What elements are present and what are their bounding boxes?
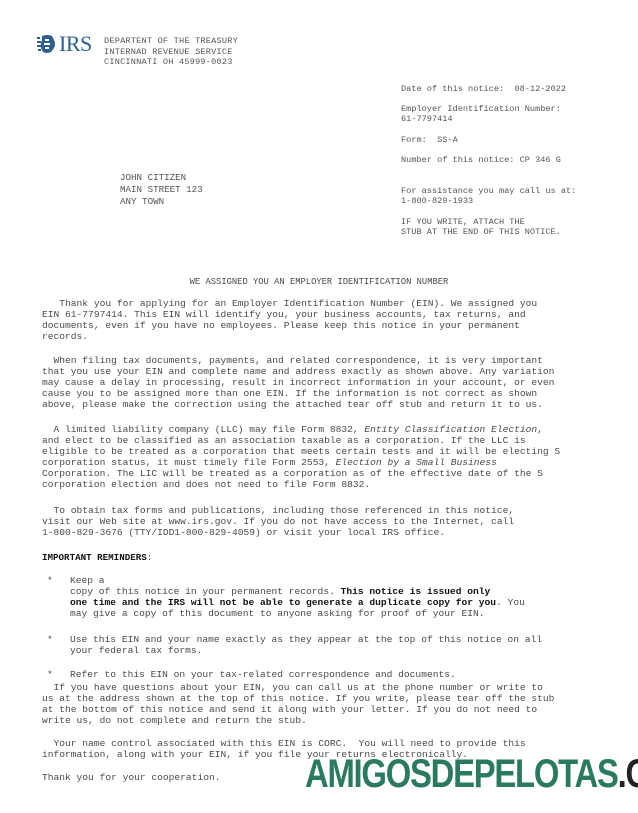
p3-line: and elect to be classified as an associa…	[42, 435, 602, 446]
p3-line: eligible to be treated as a corporation …	[42, 446, 602, 457]
agency-line-1: DEPARTENT OF THE TREASURY	[104, 36, 238, 47]
paragraph-questions: If you have questions about your EIN, yo…	[42, 682, 602, 726]
reminder1-line: Keep a	[70, 575, 525, 586]
notice-title: WE ASSIGNED YOU AN EMPLOYER IDENTIFICATI…	[0, 277, 638, 288]
p3-text: corporation status, it must timely file …	[42, 457, 336, 468]
agency-line-2: INTERNAD REVENUE SERVICE	[104, 47, 238, 58]
notice-date: Date of this notice: 08-12-2022	[401, 84, 566, 95]
p2-line: may cause a delay in processing, result …	[42, 377, 602, 388]
p4-line: To obtain tax forms and publications, in…	[42, 505, 602, 516]
important-reminders-heading: IMPORTANT REMINDERS:	[42, 552, 152, 563]
recipient-name: JOHN CITIZEN	[120, 172, 203, 184]
irs-wordmark: IRS	[59, 34, 92, 54]
recipient-address: JOHN CITIZENMAIN STREET 123ANY TOWN	[120, 172, 203, 208]
reminder-keep-copy: Keep acopy of this notice in your perman…	[70, 575, 525, 619]
p3-line: corporation election and does not need t…	[42, 479, 602, 490]
form-2553-title: Election by a Small Business	[336, 457, 497, 468]
agency-line-3: CINCINNATI OH 45999-0023	[104, 57, 238, 68]
reminder-refer-ein: Refer to this EIN on your tax-related co…	[70, 669, 456, 680]
paragraph-tax-forms: To obtain tax forms and publications, in…	[42, 505, 602, 538]
notice-number: Number of this notice: CP 346 G	[401, 155, 561, 166]
p2-line: above, please make the correction using …	[42, 399, 602, 410]
p1-line: EIN 61-7797414. This EIN will identify y…	[42, 309, 602, 320]
p3-text: A limited liability company (LLC) may fi…	[42, 424, 364, 435]
bullet-icon: *	[47, 634, 53, 645]
p5-line: at the bottom of this notice and send it…	[42, 704, 602, 715]
form-label: Form:	[401, 135, 427, 145]
form-8832-title: Entity Classification Election	[364, 424, 537, 435]
p1-line: Thank you for applying for an Employer I…	[42, 298, 602, 309]
reminder1-text: copy of this notice in your permanent re…	[70, 586, 341, 597]
p4-line: visit our Web site at www.irs.gov. If yo…	[42, 516, 602, 527]
notice-number-value: CP 346 G	[520, 155, 561, 165]
bullet-icon: *	[47, 575, 53, 586]
recipient-street: MAIN STREET 123	[120, 184, 203, 196]
watermark-main: AMIGOSDEPELOTAS	[305, 752, 618, 796]
p3-line: Corporation. The LIC will be treated as …	[42, 468, 602, 479]
notice-date-value: 08-12-2022	[514, 84, 566, 94]
paragraph-llc: A limited liability company (LLC) may fi…	[42, 424, 602, 490]
form-type: Form: SS-A	[401, 135, 458, 146]
recipient-town: ANY TOWN	[120, 196, 203, 208]
agency-address: DEPARTENT OF THE TREASURYINTERNAD REVENU…	[104, 36, 238, 68]
ein-label: Employer Identification Number:	[401, 104, 561, 115]
p2-line: that you use your EIN and complete name …	[42, 366, 602, 377]
reminder-use-ein: Use this EIN and your name exactly as th…	[70, 634, 542, 656]
reminder1-bold-text: one time and the IRS will not be able to…	[70, 597, 496, 608]
notice-date-label: Date of this notice:	[401, 84, 504, 94]
assistance-label: For assistance you may call us at:	[401, 186, 576, 197]
reminders-colon: :	[147, 552, 153, 563]
watermark: AMIGOSDEPELOTAS.COM	[305, 752, 638, 796]
p2-line: When filing tax documents, payments, and…	[42, 355, 602, 366]
reminders-heading-text: IMPORTANT REMINDERS	[42, 552, 147, 563]
p1-line: records.	[42, 331, 602, 342]
p2-line: cause you to be assigned more than one E…	[42, 388, 602, 399]
form-value: SS-A	[437, 135, 458, 145]
irs-logo: IRS	[36, 34, 92, 54]
reminder2-line: Use this EIN and your name exactly as th…	[70, 634, 542, 645]
bullet-icon: *	[47, 669, 53, 680]
ein-value: 61-7797414	[401, 114, 453, 125]
paragraph-ein-assigned: Thank you for applying for an Employer I…	[42, 298, 602, 342]
write-instruction-1: IF YOU WRITE, ATTACH THE	[401, 217, 525, 228]
p1-line: documents, even if you have no employees…	[42, 320, 602, 331]
p5-line: write us, do not complete and return the…	[42, 715, 602, 726]
eagle-emblem-icon	[36, 34, 58, 54]
p5-line: us at the address shown at the top of th…	[42, 693, 602, 704]
p4-line: 1-800-829-3676 (TTY/IDD1-800-829-4059) o…	[42, 527, 602, 538]
assistance-phone: 1-800-829-1933	[401, 196, 473, 207]
reminder2-line: your federal tax forms.	[70, 645, 542, 656]
p3-line: A limited liability company (LLC) may fi…	[42, 424, 602, 435]
p5-line: If you have questions about your EIN, yo…	[42, 682, 602, 693]
reminder1-line: copy of this notice in your permanent re…	[70, 586, 525, 597]
notice-number-label: Number of this notice:	[401, 155, 514, 165]
reminder1-bold-text: This notice is issued only	[341, 586, 491, 597]
p6-line: Your name control associated with this E…	[42, 738, 602, 749]
p3-text: ,	[537, 424, 543, 435]
p3-line: corporation status, it must timely file …	[42, 457, 602, 468]
reminder1-text: . You	[496, 597, 525, 608]
paragraph-filing-instructions: When filing tax documents, payments, and…	[42, 355, 602, 410]
watermark-suffix: .COM	[618, 752, 638, 796]
write-instruction-2: STUB AT THE END OF THIS NOTICE.	[401, 227, 561, 238]
reminder1-line: one time and the IRS will not be able to…	[70, 597, 525, 608]
reminder1-line: may give a copy of this document to anyo…	[70, 608, 525, 619]
